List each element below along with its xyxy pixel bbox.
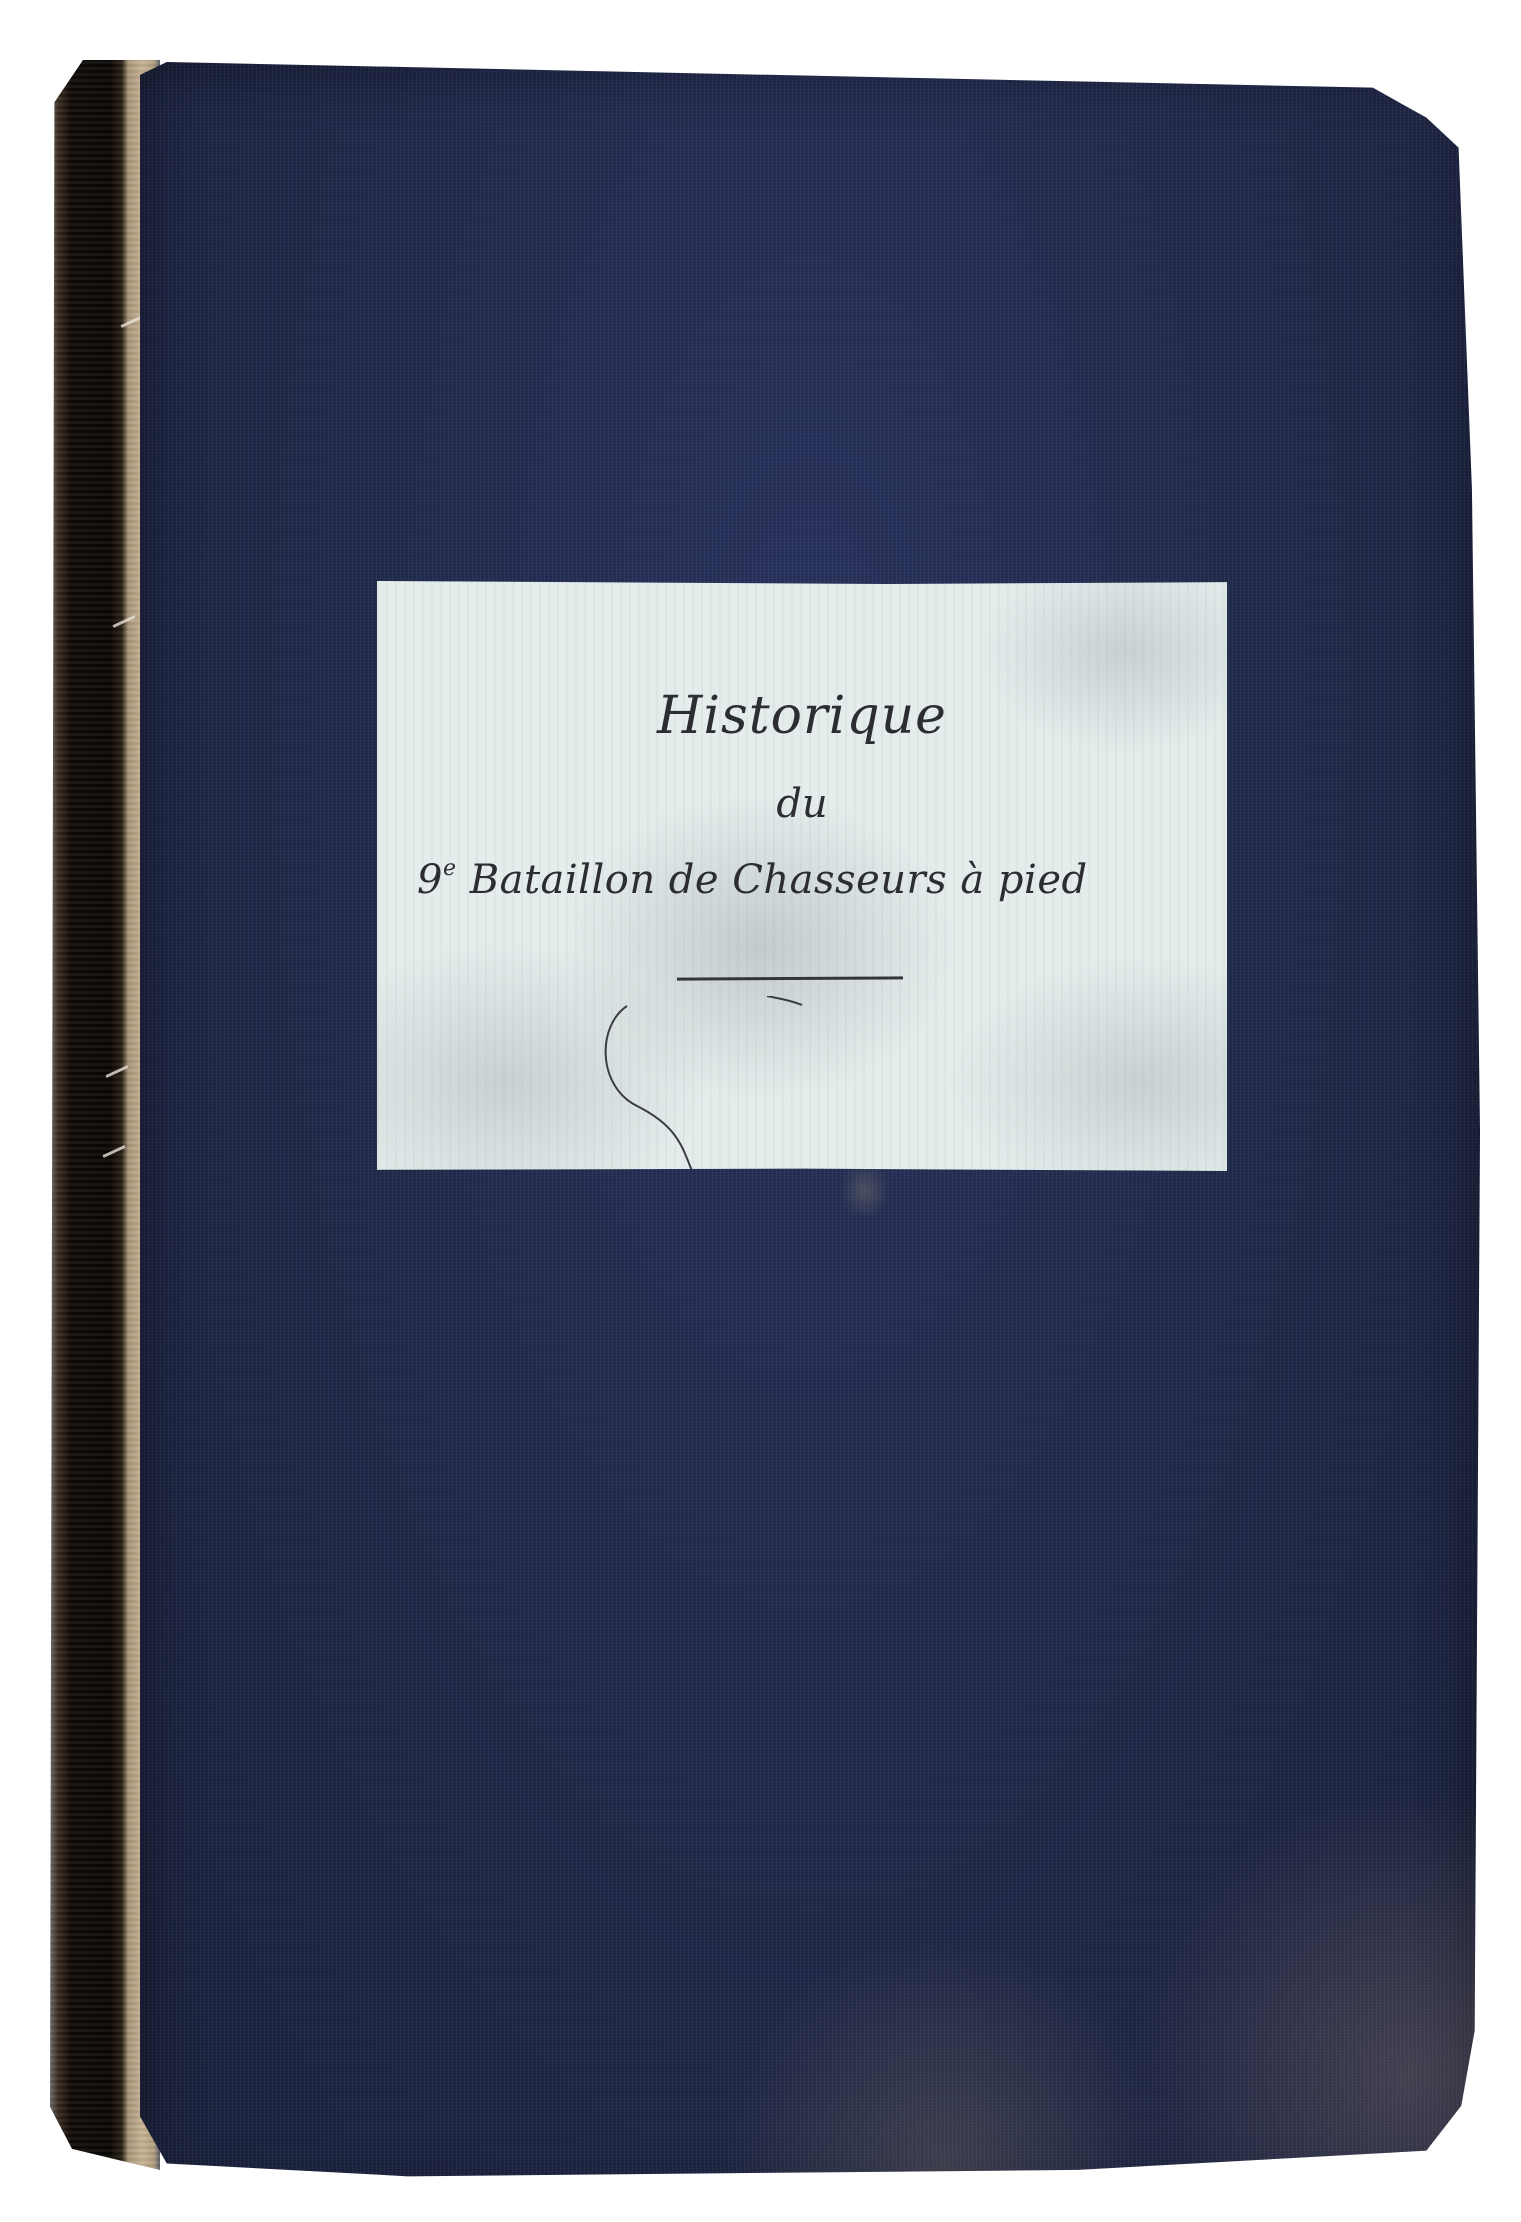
spine-tear	[112, 615, 135, 628]
label-unit: 9e Bataillon de Chasseurs à pied	[417, 856, 1088, 903]
label-connector: du	[377, 781, 1227, 827]
label-title: Historique	[377, 686, 1227, 746]
book-photo: Historique du 9e Bataillon de Chasseurs …	[0, 0, 1521, 2222]
cover-label: Historique du 9e Bataillon de Chasseurs …	[377, 581, 1227, 1171]
label-underline	[677, 976, 903, 980]
label-unit-number: 9	[417, 857, 443, 903]
label-unit-suffix: e	[443, 856, 457, 881]
spine-tear	[102, 1145, 125, 1158]
spine-tear	[105, 1065, 128, 1078]
label-pencil-mark	[597, 996, 817, 1176]
label-unit-name: Bataillon de Chasseurs à pied	[470, 857, 1088, 903]
